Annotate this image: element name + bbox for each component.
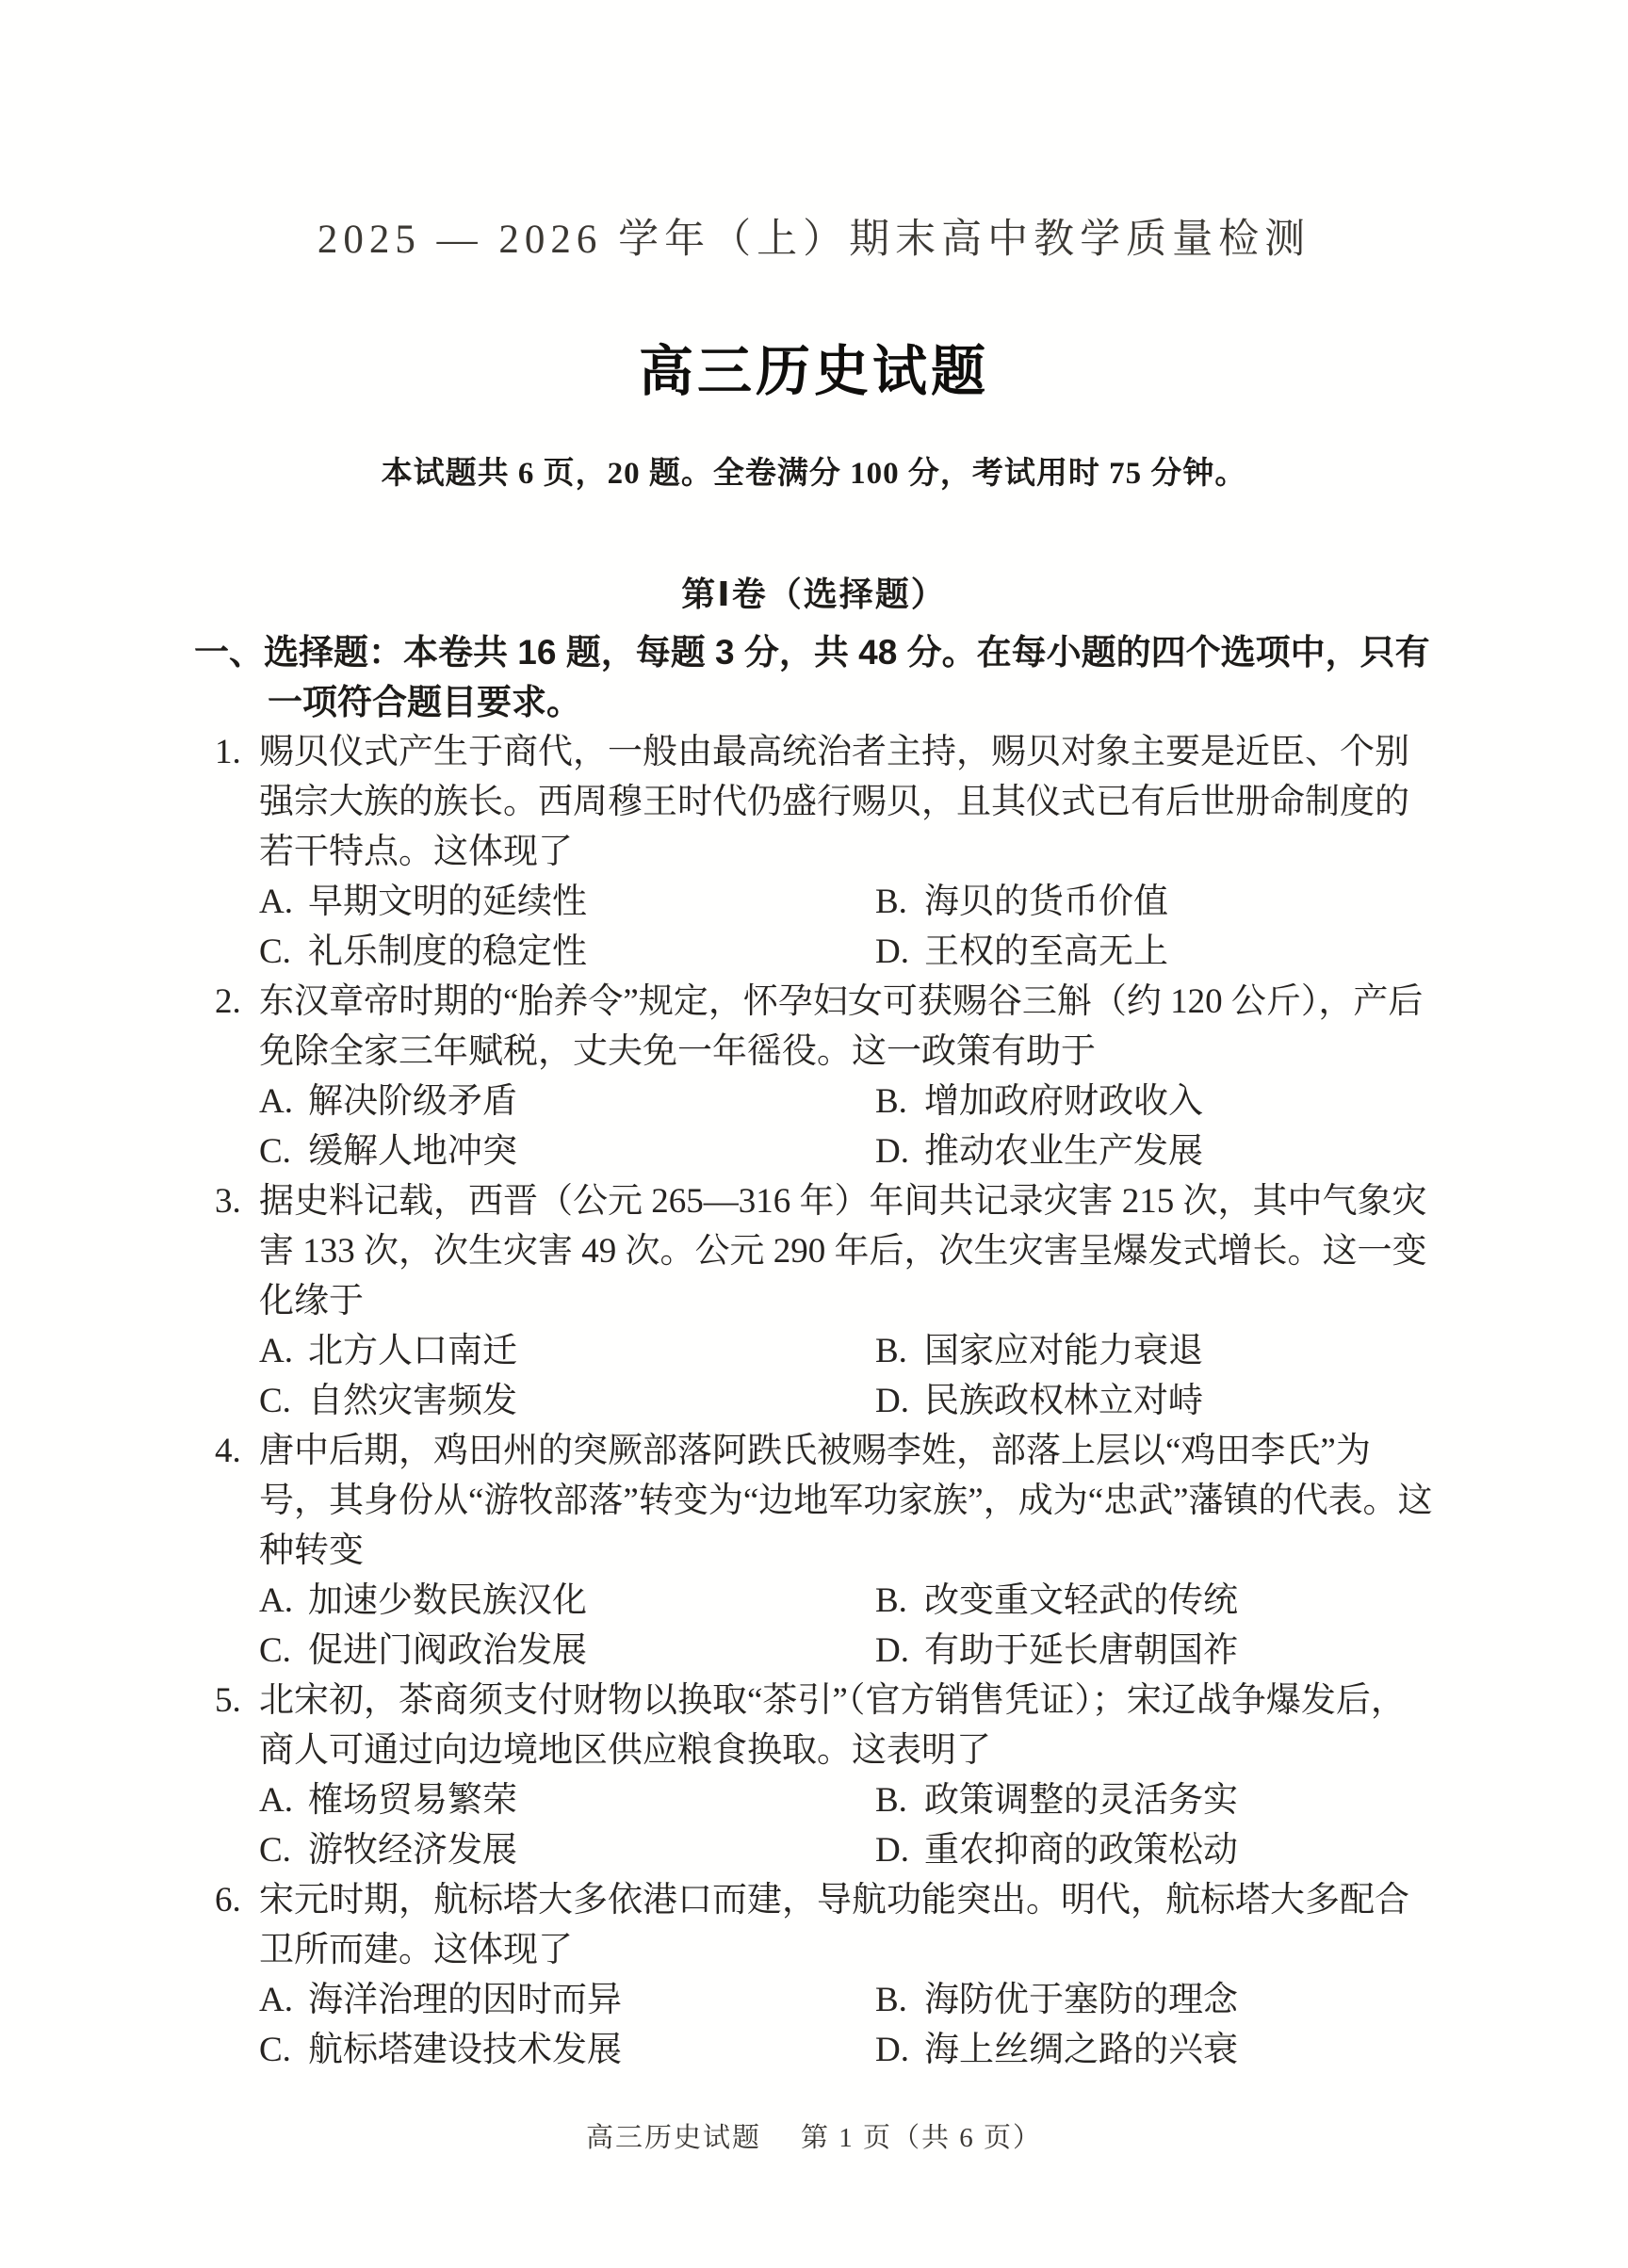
question-stem: 宋元时期，航标塔大多依港口而建，导航功能突出。明代，航标塔大多配合卫所而建。这体… — [259, 1881, 1409, 1969]
option-text: 推动农业生产发展 — [924, 1132, 1203, 1171]
part-1-heading: 第Ⅰ卷（选择题） — [0, 571, 1628, 618]
option-b: B.国家应对能力衰退 — [875, 1326, 1435, 1376]
option-label: B. — [875, 1077, 924, 1126]
question-stem: 唐中后期，鸡田州的突厥部落阿跌氏被赐李姓，部落上层以“鸡田李氏”为号，其身份从“… — [259, 1432, 1433, 1570]
question-stem: 北宋初，茶商须支付财物以换取“茶引”（官方销售凭证）；宋辽战争爆发后，商人可通过… — [259, 1681, 1406, 1770]
option-a: A.榷场贸易繁荣 — [259, 1775, 875, 1825]
option-label: B. — [875, 1975, 924, 2025]
option-a: A.解决阶级矛盾 — [259, 1077, 875, 1126]
question-stem: 据史料记载，西晋（公元 265—316 年）年间共记录灾害 215 次，其中气象… — [259, 1182, 1427, 1320]
option-text: 早期文明的延续性 — [308, 883, 587, 921]
option-text: 解决阶级矛盾 — [308, 1082, 517, 1121]
question-text: 3.据史料记载，西晋（公元 265—316 年）年间共记录灾害 215 次，其中… — [259, 1176, 1435, 1326]
exam-page: 2025 — 2026 学年（上）期末高中教学质量检测 高三历史试题 本试题共 … — [0, 0, 1628, 2268]
option-b: B.政策调整的灵活务实 — [875, 1775, 1435, 1825]
header-line: 2025 — 2026 学年（上）期末高中教学质量检测 — [0, 212, 1628, 268]
option-label: A. — [259, 1775, 308, 1825]
option-text: 北方人口南迁 — [308, 1332, 517, 1370]
option-a: A.早期文明的延续性 — [259, 877, 875, 927]
option-label: C. — [259, 927, 308, 977]
option-text: 加速少数民族汉化 — [308, 1581, 587, 1620]
option-label: B. — [875, 1326, 924, 1376]
question-number: 6. — [215, 1875, 259, 1925]
option-text: 海贝的货币价值 — [924, 883, 1168, 921]
option-label: B. — [875, 1576, 924, 1626]
options-grid: A.早期文明的延续性 B.海贝的货币价值 C.礼乐制度的稳定性 D.王权的至高无… — [259, 877, 1435, 977]
option-text: 重农抑商的政策松动 — [924, 1831, 1238, 1870]
option-label: A. — [259, 1576, 308, 1626]
question-text: 1.赐贝仪式产生于商代，一般由最高统治者主持，赐贝对象主要是近臣、个别强宗大族的… — [259, 727, 1435, 877]
option-text: 王权的至高无上 — [924, 932, 1168, 971]
option-a: A.海洋治理的因时而异 — [259, 1975, 875, 2025]
option-label: D. — [875, 1376, 924, 1426]
options-grid: A.海洋治理的因时而异 B.海防优于塞防的理念 C.航标塔建设技术发展 D.海上… — [259, 1975, 1435, 2075]
question-item-3: 3.据史料记载，西晋（公元 265—316 年）年间共记录灾害 215 次，其中… — [215, 1176, 1435, 1426]
options-grid: A.榷场贸易繁荣 B.政策调整的灵活务实 C.游牧经济发展 D.重农抑商的政策松… — [259, 1775, 1435, 1875]
option-label: A. — [259, 1077, 308, 1126]
option-label: D. — [875, 2025, 924, 2075]
option-text: 海洋治理的因时而异 — [308, 1981, 622, 2019]
option-label: C. — [259, 1626, 308, 1676]
question-number: 5. — [215, 1676, 259, 1725]
option-a: A.加速少数民族汉化 — [259, 1576, 875, 1626]
question-text: 2.东汉章帝时期的“胎养令”规定，怀孕妇女可获赐谷三斛（约 120 公斤），产后… — [259, 977, 1435, 1077]
option-b: B.增加政府财政收入 — [875, 1077, 1435, 1126]
option-c: C.促进门阀政治发展 — [259, 1626, 875, 1676]
option-text: 国家应对能力衰退 — [924, 1332, 1203, 1370]
page-footer: 高三历史试题第 1 页（共 6 页） — [0, 2119, 1628, 2157]
exam-title: 高三历史试题 — [0, 334, 1628, 410]
option-text: 榷场贸易繁荣 — [308, 1781, 517, 1820]
option-text: 游牧经济发展 — [308, 1831, 517, 1870]
question-item-2: 2.东汉章帝时期的“胎养令”规定，怀孕妇女可获赐谷三斛（约 120 公斤），产后… — [215, 977, 1435, 1176]
option-label: A. — [259, 1326, 308, 1376]
option-text: 政策调整的灵活务实 — [924, 1781, 1238, 1820]
questions-list: 1.赐贝仪式产生于商代，一般由最高统治者主持，赐贝对象主要是近臣、个别强宗大族的… — [198, 727, 1435, 2075]
option-d: D.海上丝绸之路的兴衰 — [875, 2025, 1435, 2075]
option-label: D. — [875, 927, 924, 977]
question-item-6: 6.宋元时期，航标塔大多依港口而建，导航功能突出。明代，航标塔大多配合卫所而建。… — [215, 1875, 1435, 2075]
option-d: D.有助于延长唐朝国祚 — [875, 1626, 1435, 1676]
option-d: D.民族政权林立对峙 — [875, 1376, 1435, 1426]
option-c: C.航标塔建设技术发展 — [259, 2025, 875, 2075]
option-text: 海上丝绸之路的兴衰 — [924, 2031, 1238, 2069]
question-text: 5.北宋初，茶商须支付财物以换取“茶引”（官方销售凭证）；宋辽战争爆发后，商人可… — [259, 1676, 1435, 1775]
option-d: D.推动农业生产发展 — [875, 1126, 1435, 1176]
option-c: C.礼乐制度的稳定性 — [259, 927, 875, 977]
option-text: 海防优于塞防的理念 — [924, 1981, 1238, 2019]
options-grid: A.加速少数民族汉化 B.改变重文轻武的传统 C.促进门阀政治发展 D.有助于延… — [259, 1576, 1435, 1676]
option-label: D. — [875, 1126, 924, 1176]
question-text: 6.宋元时期，航标塔大多依港口而建，导航功能突出。明代，航标塔大多配合卫所而建。… — [259, 1875, 1435, 1975]
option-label: B. — [875, 1775, 924, 1825]
option-text: 礼乐制度的稳定性 — [308, 932, 587, 971]
option-d: D.重农抑商的政策松动 — [875, 1825, 1435, 1875]
body-column: 一、选择题：本卷共 16 题，每题 3 分，共 48 分。在每小题的四个选项中，… — [0, 627, 1628, 2075]
question-stem: 东汉章帝时期的“胎养令”规定，怀孕妇女可获赐谷三斛（约 120 公斤），产后免除… — [259, 982, 1423, 1071]
question-stem: 赐贝仪式产生于商代，一般由最高统治者主持，赐贝对象主要是近臣、个别强宗大族的族长… — [259, 733, 1409, 871]
options-grid: A.北方人口南迁 B.国家应对能力衰退 C.自然灾害频发 D.民族政权林立对峙 — [259, 1326, 1435, 1426]
option-text: 增加政府财政收入 — [924, 1082, 1203, 1121]
exam-meta-line: 本试题共 6 页，20 题。全卷满分 100 分，考试用时 75 分钟。 — [0, 452, 1628, 495]
option-b: B.改变重文轻武的传统 — [875, 1576, 1435, 1626]
option-label: C. — [259, 1126, 308, 1176]
option-a: A.北方人口南迁 — [259, 1326, 875, 1376]
option-c: C.游牧经济发展 — [259, 1825, 875, 1875]
option-label: C. — [259, 1825, 308, 1875]
option-b: B.海贝的货币价值 — [875, 877, 1435, 927]
footer-page-number: 第 1 页（共 6 页） — [801, 2123, 1042, 2153]
option-c: C.缓解人地冲突 — [259, 1126, 875, 1176]
option-label: A. — [259, 1975, 308, 2025]
option-b: B.海防优于塞防的理念 — [875, 1975, 1435, 2025]
question-item-4: 4.唐中后期，鸡田州的突厥部落阿跌氏被赐李姓，部落上层以“鸡田李氏”为号，其身份… — [215, 1426, 1435, 1676]
option-text: 促进门阀政治发展 — [308, 1631, 587, 1670]
footer-doc-title: 高三历史试题 — [586, 2123, 761, 2153]
option-text: 航标塔建设技术发展 — [308, 2031, 622, 2069]
option-text: 缓解人地冲突 — [308, 1132, 517, 1171]
option-d: D.王权的至高无上 — [875, 927, 1435, 977]
question-number: 1. — [215, 727, 259, 777]
question-number: 4. — [215, 1426, 259, 1476]
option-text: 自然灾害频发 — [308, 1382, 517, 1420]
option-text: 改变重文轻武的传统 — [924, 1581, 1238, 1620]
option-c: C.自然灾害频发 — [259, 1376, 875, 1426]
option-label: C. — [259, 2025, 308, 2075]
question-item-1: 1.赐贝仪式产生于商代，一般由最高统治者主持，赐贝对象主要是近臣、个别强宗大族的… — [215, 727, 1435, 977]
question-number: 2. — [215, 977, 259, 1027]
option-label: D. — [875, 1825, 924, 1875]
question-item-5: 5.北宋初，茶商须支付财物以换取“茶引”（官方销售凭证）；宋辽战争爆发后，商人可… — [215, 1676, 1435, 1875]
option-text: 有助于延长唐朝国祚 — [924, 1631, 1238, 1670]
question-text: 4.唐中后期，鸡田州的突厥部落阿跌氏被赐李姓，部落上层以“鸡田李氏”为号，其身份… — [259, 1426, 1435, 1576]
option-text: 民族政权林立对峙 — [924, 1382, 1203, 1420]
question-number: 3. — [215, 1176, 259, 1226]
option-label: B. — [875, 877, 924, 927]
part-1-instructions: 一、选择题：本卷共 16 题，每题 3 分，共 48 分。在每小题的四个选项中，… — [194, 627, 1435, 727]
options-grid: A.解决阶级矛盾 B.增加政府财政收入 C.缓解人地冲突 D.推动农业生产发展 — [259, 1077, 1435, 1176]
option-label: A. — [259, 877, 308, 927]
option-label: D. — [875, 1626, 924, 1676]
option-label: C. — [259, 1376, 308, 1426]
